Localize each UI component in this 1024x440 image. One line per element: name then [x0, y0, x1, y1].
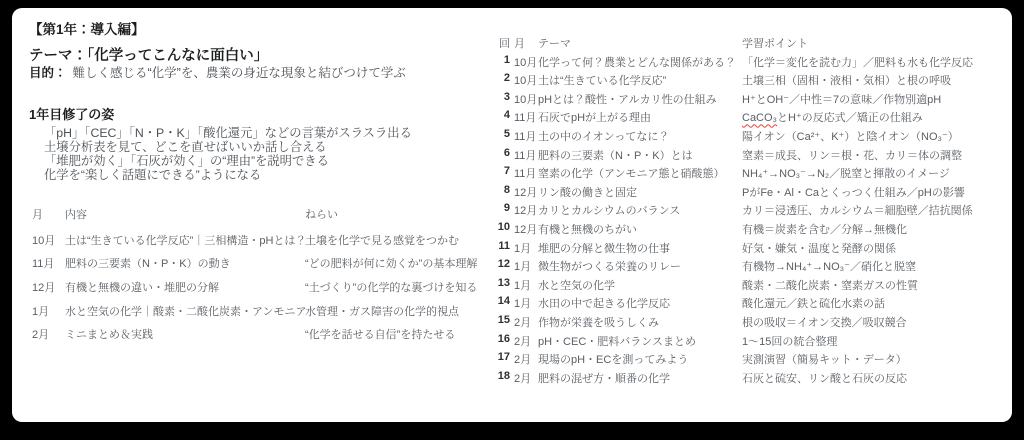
theme-line: テーマ：「化学ってこんなに面白い」 [29, 44, 268, 65]
lesson-row: 2 10月 土は“生きている化学反応” 土壌三相（固相・液相・気相）と根の呼吸 [497, 72, 1002, 91]
lesson-no: 11 [497, 240, 510, 252]
lesson-theme: 土の中のイオンってなに？ [538, 128, 742, 144]
content-cell: ミニまとめ＆実践 [65, 326, 305, 342]
lesson-no: 16 [497, 333, 510, 345]
lesson-point: 土壌三相（固相・液相・気相）と根の呼吸 [742, 72, 1002, 88]
lesson-no: 17 [497, 351, 510, 363]
aim-cell: 土壌を化学で見る感覚をつかむ [305, 232, 477, 248]
monthly-row: 11月 肥料の三要素（N・P・K）の動き “どの肥料が何に効くか”の基本理解 [32, 255, 477, 279]
lesson-point: 有機物→NH₄⁺→NO₃⁻／硝化と脱窒 [742, 258, 1002, 274]
lesson-point: 石灰と硫安、リン酸と石灰の反応 [742, 370, 1002, 386]
lesson-schedule-table: 回 月 テーマ 学習ポイント 1 10月 化学って何？農業とどんな関係がある？ … [497, 35, 1002, 388]
goal-item: 「pH」「CEC」「N・P・K」「酸化還元」などの言葉がスラスラ出る [29, 127, 412, 141]
lesson-theme: 有機と無機のちがい [538, 221, 742, 237]
point-text: 実測演習（簡易キット・データ） [742, 354, 907, 366]
point-text: NH₄⁺→NO₃⁻→N₂／脱窒と揮散のイメージ [742, 168, 950, 180]
lesson-no: 1 [497, 54, 510, 66]
lesson-point: 酸素・二酸化炭素・窒素ガスの性質 [742, 277, 1002, 293]
aim-cell: “どの肥料が何に効くか”の基本理解 [305, 255, 477, 271]
lesson-theme: 水田の中で起きる化学反応 [538, 295, 742, 311]
lesson-row: 3 10月 pHとは？酸性・アルカリ性の仕組み H⁺とOH⁻／中性＝7の意味／作… [497, 91, 1002, 110]
point-text: 窒素＝成長、リン＝根・花、カリ＝体の調整 [742, 150, 962, 162]
lesson-point: 好気・嫌気・温度と発酵の関係 [742, 240, 1002, 256]
lesson-month: 11月 [510, 147, 538, 163]
lesson-theme: 石灰でpHが上がる理由 [538, 109, 742, 125]
lesson-row: 4 11月 石灰でpHが上がる理由 CaCO₃とH⁺の反応式／矯正の仕組み [497, 109, 1002, 128]
point-text: 酸素・二酸化炭素・窒素ガスの性質 [742, 280, 918, 292]
lesson-row: 1 10月 化学って何？農業とどんな関係がある？ 「化学＝変化を読む力」／肥料も… [497, 54, 1002, 73]
lesson-theme: 水と空気の化学 [538, 277, 742, 293]
monthly-row: 1月 水と空気の化学｜酸素・二酸化炭素・アンモニア 水管理・ガス障害の化学的視点 [32, 303, 477, 327]
content-cell: 有機と無機の違い・堆肥の分解 [65, 279, 305, 295]
lesson-point: 陽イオン（Ca²⁺、K⁺）と陰イオン（NO₃⁻） [742, 128, 1002, 144]
col-aim: ねらい [305, 206, 477, 222]
lesson-no: 8 [497, 184, 510, 196]
point-text: 酸化還元／鉄と硫化水素の話 [742, 298, 885, 310]
month-cell: 12月 [32, 279, 65, 295]
lesson-theme: pH・CEC・肥料バランスまとめ [538, 333, 742, 349]
purpose-line: 目的：難しく感じる“化学”を、農業の身近な現象と結びつけて学ぶ [29, 63, 406, 81]
lesson-row: 12 1月 微生物がつくる栄養のリレー 有機物→NH₄⁺→NO₃⁻／硝化と脱窒 [497, 258, 1002, 277]
lesson-row: 18 2月 肥料の混ぜ方・順番の化学 石灰と硫安、リン酸と石灰の反応 [497, 370, 1002, 389]
col-point: 学習ポイント [742, 35, 1002, 51]
point-text: 有機物→NH₄⁺→NO₃⁻／硝化と脱窒 [742, 261, 916, 273]
lesson-month: 11月 [510, 165, 538, 181]
lesson-theme: 化学って何？農業とどんな関係がある？ [538, 54, 742, 70]
lesson-point: PがFe・Al・Caとくっつく仕組み／pHの影響 [742, 184, 1002, 200]
lesson-no: 9 [497, 202, 510, 214]
purpose-label: 目的： [29, 66, 67, 80]
lesson-header-row: 回 月 テーマ 学習ポイント [497, 35, 1002, 54]
lesson-row: 15 2月 作物が栄養を吸うしくみ 根の吸収＝イオン交換／吸収競合 [497, 314, 1002, 333]
point-text: 根の吸収＝イオン交換／吸収競合 [742, 317, 907, 329]
lesson-month: 12月 [510, 221, 538, 237]
lesson-theme: 窒素の化学（アンモニア態と硝酸態） [538, 165, 742, 181]
lesson-month: 2月 [510, 314, 538, 330]
lesson-month: 1月 [510, 295, 538, 311]
aim-cell: “土づくり”の化学的な裏づけを知る [305, 279, 477, 295]
document-page: 【第1年：導入編】 テーマ：「化学ってこんなに面白い」 目的：難しく感じる“化学… [12, 8, 1012, 422]
lesson-point: H⁺とOH⁻／中性＝7の意味／作物別適pH [742, 91, 1002, 107]
monthly-row: 10月 土は“生きている化学反応”｜三相構造・pHとは？ 土壌を化学で見る感覚を… [32, 232, 477, 256]
section-title: 【第1年：導入編】 [29, 18, 145, 38]
lesson-month: 10月 [510, 72, 538, 88]
lesson-month: 2月 [510, 370, 538, 386]
point-text: 陽イオン（Ca²⁺、K⁺）と陰イオン（NO₃⁻） [742, 131, 959, 143]
lesson-month: 1月 [510, 277, 538, 293]
content-cell: 水と空気の化学｜酸素・二酸化炭素・アンモニア [65, 303, 305, 319]
point-text: 1〜15回の統合整理 [742, 336, 837, 348]
lesson-month: 1月 [510, 258, 538, 274]
lesson-point: 根の吸収＝イオン交換／吸収競合 [742, 314, 1002, 330]
lesson-month: 11月 [510, 128, 538, 144]
lesson-theme: 堆肥の分解と微生物の仕事 [538, 240, 742, 256]
lesson-row: 8 12月 リン酸の働きと固定 PがFe・Al・Caとくっつく仕組み／pHの影響 [497, 184, 1002, 203]
lesson-point: NH₄⁺→NO₃⁻→N₂／脱窒と揮散のイメージ [742, 165, 1002, 181]
lesson-no: 2 [497, 72, 510, 84]
month-cell: 11月 [32, 255, 65, 271]
lesson-no: 12 [497, 258, 510, 270]
goals-title: 1年目修了の姿 [29, 104, 412, 123]
goal-item: 「堆肥が効く」「石灰が効く」の“理由”を説明できる [29, 155, 412, 169]
lesson-theme: pHとは？酸性・アルカリ性の仕組み [538, 91, 742, 107]
point-text: 好気・嫌気・温度と発酵の関係 [742, 243, 896, 255]
point-text: カリ＝浸透圧、カルシウム＝細胞壁／拮抗関係 [742, 205, 973, 217]
point-text: H⁺とOH⁻／中性＝7の意味／作物別適pH [742, 94, 941, 106]
lesson-month: 12月 [510, 202, 538, 218]
lesson-month: 10月 [510, 54, 538, 70]
lesson-no: 5 [497, 128, 510, 140]
month-cell: 10月 [32, 232, 65, 248]
lesson-month: 11月 [510, 109, 538, 125]
lesson-theme: 作物が栄養を吸うしくみ [538, 314, 742, 330]
lesson-point: 実測演習（簡易キット・データ） [742, 351, 1002, 367]
lesson-row: 5 11月 土の中のイオンってなに？ 陽イオン（Ca²⁺、K⁺）と陰イオン（NO… [497, 128, 1002, 147]
month-cell: 2月 [32, 326, 65, 342]
col-theme: テーマ [538, 35, 742, 51]
point-text: 「化学＝変化を読む力」／肥料も水も化学反応 [742, 57, 973, 69]
monthly-header-row: 月 内容 ねらい [32, 206, 477, 230]
lesson-theme: 微生物がつくる栄養のリレー [538, 258, 742, 274]
lesson-no: 15 [497, 314, 510, 326]
monthly-plan-table: 月 内容 ねらい 10月 土は“生きている化学反応”｜三相構造・pHとは？ 土壌… [32, 206, 477, 350]
lesson-month: 1月 [510, 240, 538, 256]
lesson-row: 11 1月 堆肥の分解と微生物の仕事 好気・嫌気・温度と発酵の関係 [497, 240, 1002, 259]
lesson-point: 窒素＝成長、リン＝根・花、カリ＝体の調整 [742, 147, 1002, 163]
lesson-theme: 現場のpH・ECを測ってみよう [538, 351, 742, 367]
lesson-no: 4 [497, 109, 510, 121]
lesson-no: 10 [497, 221, 510, 233]
aim-cell: 水管理・ガス障害の化学的視点 [305, 303, 477, 319]
lesson-point: CaCO₃とH⁺の反応式／矯正の仕組み [742, 109, 1002, 125]
goal-item: 土壌分析表を見て、どこを直せばいいか話し合える [29, 141, 412, 155]
lesson-point: 酸化還元／鉄と硫化水素の話 [742, 295, 1002, 311]
lesson-no: 13 [497, 277, 510, 289]
lesson-no: 6 [497, 147, 510, 159]
monthly-row: 2月 ミニまとめ＆実践 “化学を話せる自信”を持たせる [32, 326, 477, 350]
lesson-row: 13 1月 水と空気の化学 酸素・二酸化炭素・窒素ガスの性質 [497, 277, 1002, 296]
lesson-no: 7 [497, 165, 510, 177]
lesson-month: 2月 [510, 333, 538, 349]
point-text: とH⁺の反応式／矯正の仕組み [777, 112, 923, 124]
lesson-row: 6 11月 肥料の三要素（N・P・K）とは 窒素＝成長、リン＝根・花、カリ＝体の… [497, 147, 1002, 166]
aim-cell: “化学を話せる自信”を持たせる [305, 326, 477, 342]
point-text: 石灰と硫安、リン酸と石灰の反応 [742, 373, 907, 385]
lesson-row: 17 2月 現場のpH・ECを測ってみよう 実測演習（簡易キット・データ） [497, 351, 1002, 370]
point-text: 土壌三相（固相・液相・気相）と根の呼吸 [742, 75, 951, 87]
lesson-no: 3 [497, 91, 510, 103]
screenshot-root: { "colors": { "panel_bg": "#ffffff", "fr… [0, 0, 1024, 440]
lesson-no: 18 [497, 370, 510, 382]
monthly-row: 12月 有機と無機の違い・堆肥の分解 “土づくり”の化学的な裏づけを知る [32, 279, 477, 303]
lesson-theme: 土は“生きている化学反応” [538, 72, 742, 88]
col-content: 内容 [65, 206, 305, 222]
lesson-theme: カリとカルシウムのバランス [538, 202, 742, 218]
lesson-no: 14 [497, 295, 510, 307]
lesson-point: 1〜15回の統合整理 [742, 333, 1002, 349]
lesson-row: 16 2月 pH・CEC・肥料バランスまとめ 1〜15回の統合整理 [497, 333, 1002, 352]
lesson-theme: リン酸の働きと固定 [538, 184, 742, 200]
lesson-point: 「化学＝変化を読む力」／肥料も水も化学反応 [742, 54, 1002, 70]
lesson-point: 有機＝炭素を含む／分解→無機化 [742, 221, 1002, 237]
lesson-month: 2月 [510, 351, 538, 367]
point-text: 有機＝炭素を含む／分解→無機化 [742, 224, 907, 236]
col-no: 回 [497, 35, 510, 51]
lesson-row: 10 12月 有機と無機のちがい 有機＝炭素を含む／分解→無機化 [497, 221, 1002, 240]
misspelled-term: CaCO₃ [742, 112, 777, 124]
lesson-point: カリ＝浸透圧、カルシウム＝細胞壁／拮抗関係 [742, 202, 1002, 218]
lesson-row: 7 11月 窒素の化学（アンモニア態と硝酸態） NH₄⁺→NO₃⁻→N₂／脱窒と… [497, 165, 1002, 184]
purpose-text: 難しく感じる“化学”を、農業の身近な現象と結びつけて学ぶ [73, 66, 406, 80]
lesson-row: 14 1月 水田の中で起きる化学反応 酸化還元／鉄と硫化水素の話 [497, 295, 1002, 314]
lesson-theme: 肥料の三要素（N・P・K）とは [538, 147, 742, 163]
lesson-row: 9 12月 カリとカルシウムのバランス カリ＝浸透圧、カルシウム＝細胞壁／拮抗関… [497, 202, 1002, 221]
year-goals: 1年目修了の姿 「pH」「CEC」「N・P・K」「酸化還元」などの言葉がスラスラ… [29, 104, 412, 183]
content-cell: 肥料の三要素（N・P・K）の動き [65, 255, 305, 271]
lesson-month: 10月 [510, 91, 538, 107]
lesson-theme: 肥料の混ぜ方・順番の化学 [538, 370, 742, 386]
month-cell: 1月 [32, 303, 65, 319]
col-month: 月 [32, 206, 65, 222]
lesson-month: 12月 [510, 184, 538, 200]
point-text: PがFe・Al・Caとくっつく仕組み／pHの影響 [742, 187, 965, 199]
goal-item: 化学を“楽しく話題にできる”ようになる [29, 169, 412, 183]
content-cell: 土は“生きている化学反応”｜三相構造・pHとは？ [65, 232, 305, 248]
col-month: 月 [510, 35, 538, 51]
